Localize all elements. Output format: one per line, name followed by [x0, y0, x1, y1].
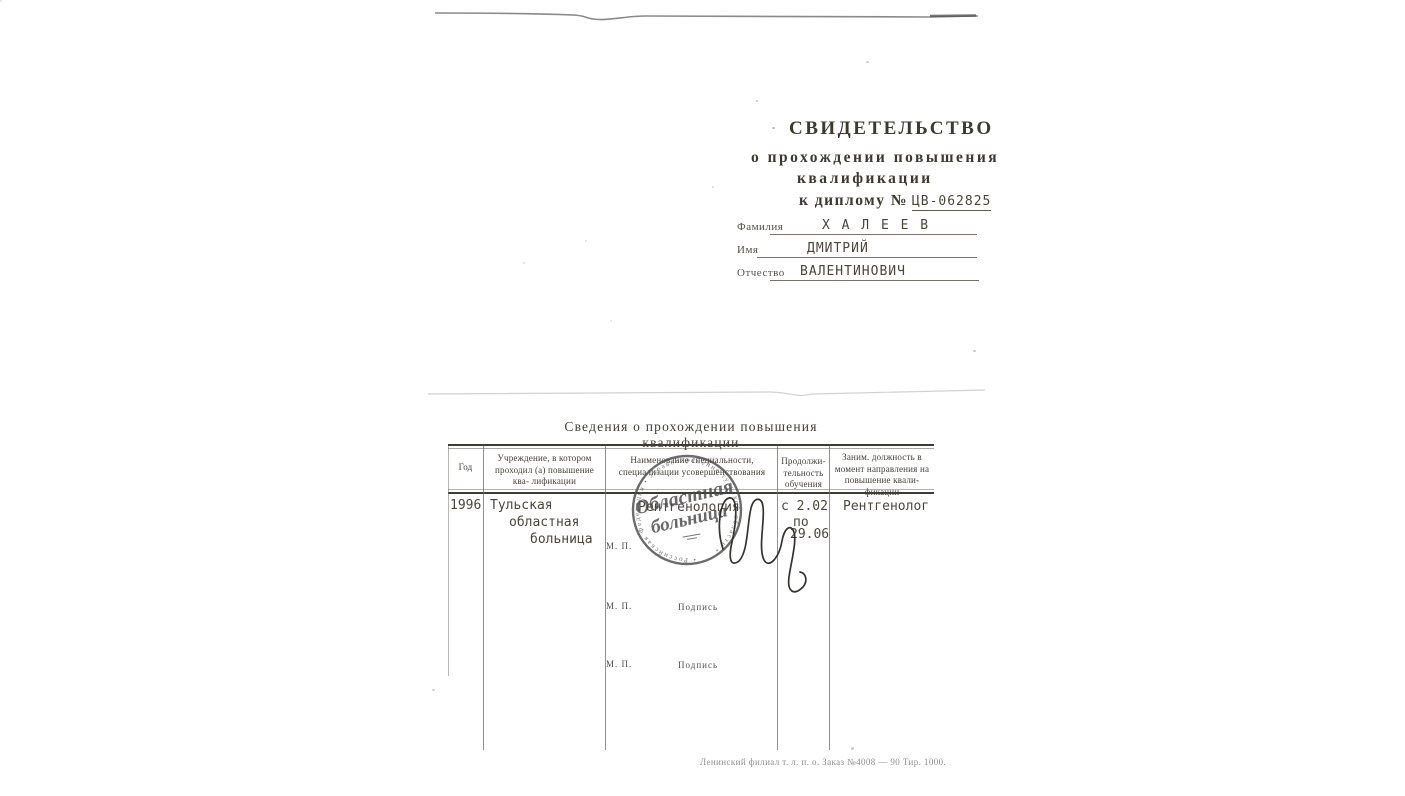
field-value-firstname: ДМИТРИЙ [807, 241, 869, 256]
surname-underline [770, 234, 977, 235]
stamp-flourish [683, 534, 701, 540]
stamp-place-label-2: М. П. [606, 601, 632, 611]
stamp-place-label-3: М. П. [606, 659, 632, 669]
table-left-border [448, 446, 449, 676]
scan-speck [432, 689, 435, 691]
field-label-surname: Фамилия [737, 221, 783, 233]
certificate-subtitle-1: о прохождении повышения [751, 149, 999, 167]
document-scan: { "document": { "title": "СВИДЕТЕЛЬСТВО"… [0, 0, 1405, 796]
certificate-subtitle-2: квалификации [797, 170, 933, 188]
signature-label-2: Подпись [678, 660, 718, 670]
firstname-underline [757, 257, 977, 258]
field-value-surname: Х А Л Е Е В [822, 218, 930, 233]
row-institution-line3: больница [530, 533, 593, 547]
paper-top-edge [435, 13, 978, 20]
patronymic-underline [770, 280, 979, 281]
row-institution-line1: Тульская [490, 499, 553, 513]
scan-speck [585, 240, 587, 242]
field-value-patronymic: ВАЛЕНТИНОВИЧ [800, 264, 906, 279]
diploma-prefix-label: к диплому № [799, 192, 908, 209]
signature-stroke [719, 498, 805, 592]
row-position: Рентгенолог [843, 500, 929, 514]
col-header-institution: Учреждение, в котором проходил (а) повыш… [486, 453, 603, 488]
scan-speck [772, 127, 775, 129]
imprint-line: Ленинский филиал т. л. п. о. Заказ №4008… [700, 757, 946, 767]
scan-speck [866, 61, 869, 63]
scan-speck [973, 350, 976, 352]
scan-speck [851, 747, 854, 750]
col-header-position: Заним. должность в момент направления на… [832, 452, 932, 499]
scan-speck [0, 0, 2, 2]
diploma-number-value: ЦВ-062825 [912, 194, 991, 211]
diploma-number-line: к диплому № ЦВ-062825 [799, 192, 991, 210]
col-divider-1 [483, 446, 484, 750]
col-header-year: Год [448, 462, 483, 474]
certificate-title: СВИДЕТЕЛЬСТВО [789, 118, 994, 140]
paper-fold-line [428, 390, 985, 395]
field-label-firstname: Имя [737, 244, 758, 256]
paper-top-edge-dark [930, 16, 976, 17]
scan-artifacts [0, 0, 1405, 796]
field-label-patronymic: Отчество [737, 267, 785, 279]
scan-speck [756, 100, 758, 102]
row-institution-line2: областная [509, 516, 579, 530]
col-divider-2 [605, 446, 606, 750]
scan-speck [523, 262, 525, 264]
signature [700, 480, 830, 620]
scan-speck [610, 320, 612, 322]
scan-speck [712, 186, 714, 188]
row-year: 1996 [450, 499, 481, 513]
